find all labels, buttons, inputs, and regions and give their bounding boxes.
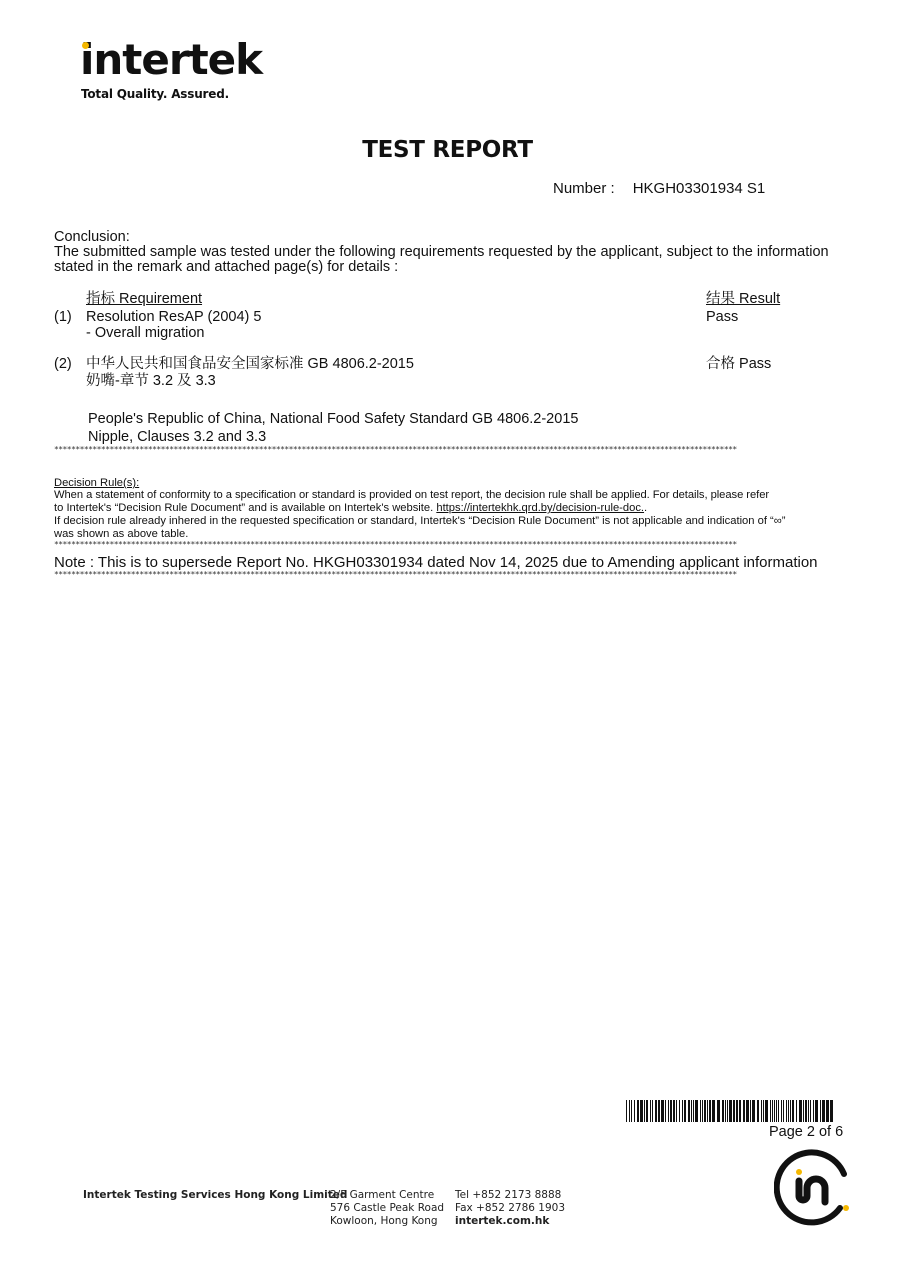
supersede-note: Note : This is to supersede Report No. H… [54,555,818,571]
separator: ****************************************… [54,446,842,454]
logo-dot-icon [82,42,89,49]
intertek-logo: intertek [80,38,262,82]
requirement-line: - Overall migration [86,325,204,341]
row-index: (1) [54,309,72,325]
separator: ****************************************… [54,571,842,579]
footer-website[interactable]: intertek.com.hk [455,1215,565,1228]
footer-fax: Fax +852 2786 1903 [455,1202,565,1215]
footer-address-line: Kowloon, Hong Kong [330,1215,444,1228]
barcode-icon [626,1100,836,1122]
conclusion-heading: Conclusion: [54,229,130,245]
requirement-line: Resolution ResAP (2004) 5 [86,309,261,325]
requirement-english-line: Nipple, Clauses 3.2 and 3.3 [88,429,266,445]
footer-contact: Tel +852 2173 8888 Fax +852 2786 1903 in… [455,1189,565,1228]
result-value: 合格 Pass [706,356,771,372]
footer-company: Intertek Testing Services Hong Kong Limi… [83,1189,347,1202]
separator: ****************************************… [54,541,842,549]
requirement-line: 中华人民共和国食品安全国家标准 GB 4806.2-2015 [86,356,414,372]
decision-rule-link[interactable]: https://intertekhk.qrd.by/decision-rule-… [436,502,644,514]
requirement-column-header: 指标 Requirement [86,291,202,307]
decision-rule-text: was shown as above table. [54,528,188,541]
conclusion-text-line1: The submitted sample was tested under th… [54,244,829,260]
result-value: Pass [706,309,738,325]
report-number-value: HKGH03301934 S1 [633,180,766,197]
decision-rule-text: When a statement of conformity to a spec… [54,489,769,502]
page-indicator: Page 2 of 6 [769,1124,843,1140]
footer-tel: Tel +852 2173 8888 [455,1189,565,1202]
requirement-line: 奶嘴-章节 3.2 及 3.3 [86,373,216,389]
footer-address-line: 576 Castle Peak Road [330,1202,444,1215]
row-index: (2) [54,356,72,372]
report-number: Number :HKGH03301934 S1 [553,180,765,197]
page-title: TEST REPORT [0,137,895,163]
report-number-label: Number : [553,180,615,197]
conclusion-text-line2: stated in the remark and attached page(s… [54,259,398,275]
result-column-header: 结果 Result [706,291,780,307]
decision-rule-text: to Intertek's “Decision Rule Document” a… [54,502,647,515]
decision-rule-text: If decision rule already inhered in the … [54,515,785,528]
decision-rule-text-part: . [644,502,647,514]
requirement-english-line: People's Republic of China, National Foo… [88,411,578,427]
decision-rule-text-part: to Intertek's “Decision Rule Document” a… [54,502,436,514]
logo-tagline: Total Quality. Assured. [81,87,229,101]
footer-address: 2/F Garment Centre 576 Castle Peak Road … [330,1189,444,1228]
intertek-in-badge-icon [774,1148,852,1226]
footer-address-line: 2/F Garment Centre [330,1189,444,1202]
